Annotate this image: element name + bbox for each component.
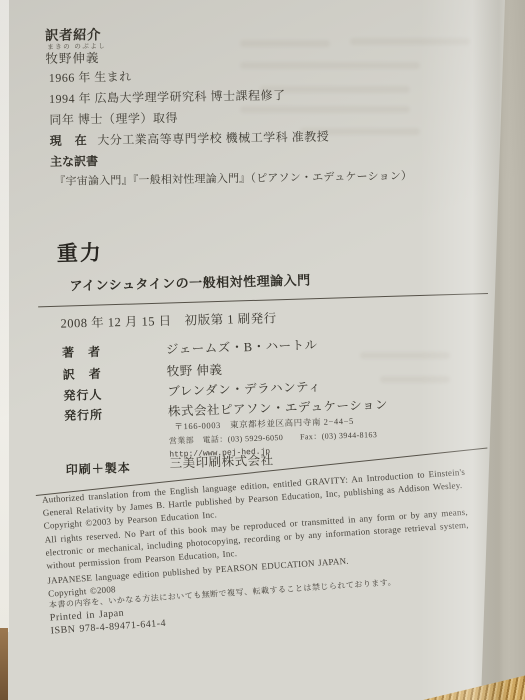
book-colophon-photo: 訳者紹介 まきの のぶよし 牧野伸義 1966 年 生まれ 1994 年 広島大… [0,0,525,700]
table-surface-left [0,628,8,700]
english-copyright-block: Authorized translation from the English … [42,466,475,639]
copyright-section: Authorized translation from the English … [0,0,525,700]
